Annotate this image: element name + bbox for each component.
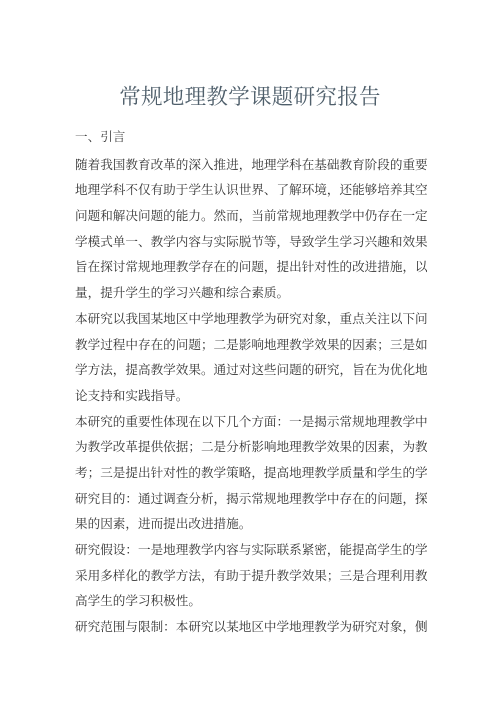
text-line: 随着我国教育改革的深入推进，地理学科在基础教育阶段的重要性日益凸显。 — [75, 152, 427, 178]
paragraph-research-purpose: 研究目的：通过调查分析，揭示常规地理教学中存在的问题，探讨影响教学效 果的因素，… — [75, 486, 427, 537]
text-line: 研究假设：一是地理教学内容与实际联系紧密，能提高学生的学习兴趣；二是 — [75, 537, 427, 563]
text-line: 量，提升学生的学习兴趣和综合素质。 — [75, 280, 427, 306]
text-line: 研究目的：通过调查分析，揭示常规地理教学中存在的问题，探讨影响教学效 — [75, 486, 427, 512]
paragraph-research-hypothesis: 研究假设：一是地理教学内容与实际联系紧密，能提高学生的学习兴趣；二是 采用多样化… — [75, 537, 427, 614]
text-line: 高学生的学习积极性。 — [75, 588, 427, 614]
text-line: 本研究的重要性体现在以下几个方面：一是揭示常规地理教学中存在的问题， — [75, 409, 427, 435]
text-line: 果的因素，进而提出改进措施。 — [75, 511, 427, 537]
text-line: 问题和解决问题的能力。然而，当前常规地理教学中仍存在一定的问题，如教 — [75, 203, 427, 229]
text-line: 地理学科不仅有助于学生认识世界、了解环境，还能够培养其空间思维、分析 — [75, 177, 427, 203]
text-line: 为教学改革提供依据；二是分析影响地理教学效果的因素，为教学改进提供参 — [75, 434, 427, 460]
text-line: 学方法，提高教学效果。通过对这些问题的研究，旨在为优化地理教学提供理 — [75, 357, 427, 383]
document-body: 一、引言 随着我国教育改革的深入推进，地理学科在基础教育阶段的重要性日益凸显。 … — [75, 124, 427, 640]
section-heading-introduction: 一、引言 — [75, 124, 427, 150]
text-line: 论支持和实践指导。 — [75, 383, 427, 409]
document-page: 常规地理教学课题研究报告 一、引言 随着我国教育改革的深入推进，地理学科在基础教… — [0, 0, 500, 707]
paragraph-research-focus: 本研究以我国某地区中学地理教学为研究对象，重点关注以下问题：一是地理 教学过程中… — [75, 306, 427, 409]
paragraph-significance: 本研究的重要性体现在以下几个方面：一是揭示常规地理教学中存在的问题， 为教学改革… — [75, 409, 427, 486]
text-line: 本研究以我国某地区中学地理教学为研究对象，重点关注以下问题：一是地理 — [75, 306, 427, 332]
document-title: 常规地理教学课题研究报告 — [0, 82, 500, 114]
text-line: 研究范围与限制：本研究以某地区中学地理教学为研究对象，侧重分析常规教 — [75, 614, 427, 640]
text-line: 考；三是提出针对性的教学策略，提高地理教学质量和学生的学习兴趣。 — [75, 460, 427, 486]
text-line: 教学过程中存在的问题；二是影响地理教学效果的因素；三是如何改进地理教 — [75, 332, 427, 358]
text-line: 采用多样化的教学方法，有助于提升教学效果；三是合理利用教学资源，能提 — [75, 563, 427, 589]
text-line: 旨在探讨常规地理教学存在的问题，提出针对性的改进措施，以提高教学质 — [75, 254, 427, 280]
paragraph-background: 随着我国教育改革的深入推进，地理学科在基础教育阶段的重要性日益凸显。 地理学科不… — [75, 152, 427, 306]
text-line: 学模式单一、教学内容与实际脱节等，导致学生学习兴趣和效果不佳。本研究 — [75, 229, 427, 255]
paragraph-scope-and-limitations: 研究范围与限制：本研究以某地区中学地理教学为研究对象，侧重分析常规教 — [75, 614, 427, 640]
